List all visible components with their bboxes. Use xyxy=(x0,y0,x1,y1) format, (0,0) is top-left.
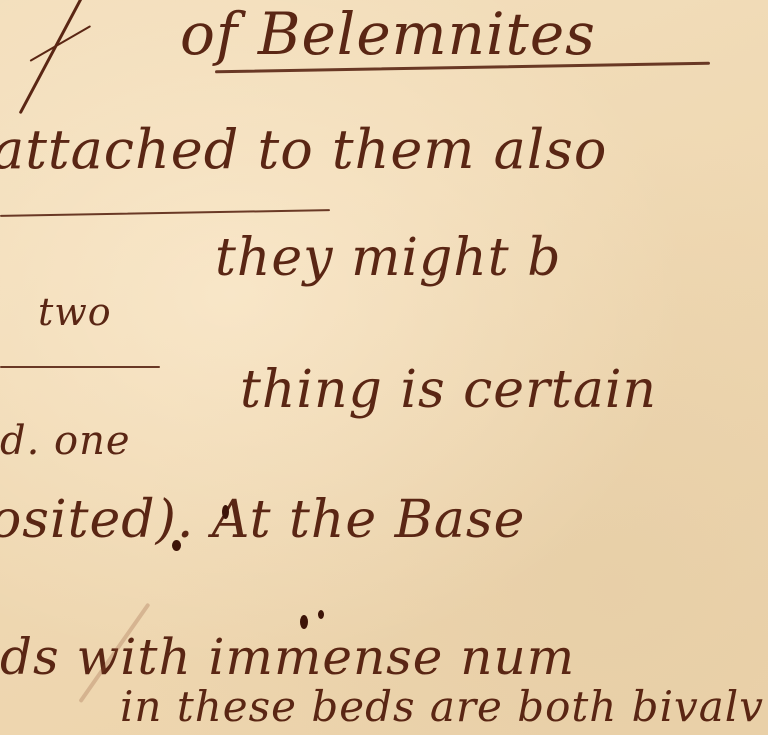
manuscript-page: of Belemnites attached to them also they… xyxy=(0,0,768,735)
line-they-might: they might b xyxy=(215,228,562,288)
line-attached-to-them-also: attached to them also xyxy=(0,118,607,181)
underline-attached xyxy=(0,209,330,217)
margin-note-two: two xyxy=(38,290,112,334)
pen-flourish xyxy=(19,0,92,114)
ink-blot xyxy=(318,610,324,619)
line-of-belemnites: of Belemnites xyxy=(180,0,596,68)
ink-blot xyxy=(300,615,308,629)
line-at-the-base: osited). At the Base xyxy=(0,490,525,550)
ink-blot xyxy=(222,505,229,519)
line-these-beds-bivalves: in these beds are both bivalv xyxy=(120,682,764,731)
line-one: d. one xyxy=(0,418,131,464)
line-thing-is-certain: thing is certain xyxy=(240,360,657,420)
underline-two xyxy=(0,366,160,368)
line-immense-num: ds with immense num xyxy=(0,628,575,686)
ink-blot xyxy=(172,540,181,551)
pen-flourish xyxy=(30,25,92,62)
